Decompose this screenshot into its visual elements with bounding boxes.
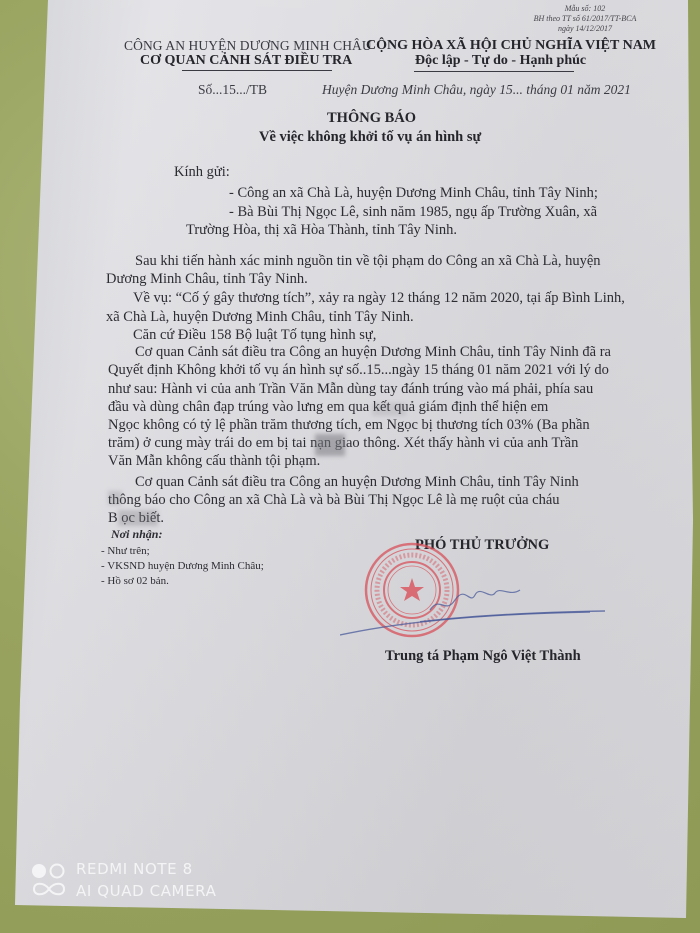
document-number: Số...15.../TB xyxy=(198,82,267,98)
body-line: Về vụ: “Cố ý gây thương tích”, xảy ra ng… xyxy=(133,290,625,307)
body-line: Văn Mẫn không cấu thành tội phạm. xyxy=(108,453,320,470)
recipient-line: Trường Hòa, thị xã Hòa Thành, tỉnh Tây N… xyxy=(186,222,457,239)
body-line: như sau: Hành vi của anh Trần Văn Mẫn dù… xyxy=(108,381,593,398)
redaction-blur xyxy=(108,491,122,505)
header-unit-underline xyxy=(182,70,332,71)
body-line: Cơ quan Cảnh sát điều tra Công an huyện … xyxy=(135,474,579,491)
camera-watermark-label: AI QUAD CAMERA xyxy=(76,882,216,900)
receivers-title: Nơi nhận: xyxy=(111,527,162,542)
receiver-item: - Như trên; xyxy=(101,545,150,557)
receiver-item: - VKSND huyện Dương Minh Châu; xyxy=(101,560,264,572)
document-subtitle: Về việc không khởi tố vụ án hình sự xyxy=(259,129,481,146)
document-title: THÔNG BÁO xyxy=(327,110,416,127)
place-date: Huyện Dương Minh Châu, ngày 15... tháng … xyxy=(322,82,631,98)
header-motto: Độc lập - Tự do - Hạnh phúc xyxy=(415,53,586,69)
recipient-line: - Bà Bùi Thị Ngọc Lê, sinh năm 1985, ngụ… xyxy=(229,204,597,221)
signer-name: Trung tá Phạm Ngô Việt Thành xyxy=(385,648,581,665)
header-nation: CỘNG HÒA XÃ HỘI CHỦ NGHĨA VIỆT NAM xyxy=(366,38,656,54)
body-line: Cơ quan Cảnh sát điều tra Công an huyện … xyxy=(135,344,611,361)
form-note: Mẫu số: 102 BH theo TT số 61/2017/TT-BCA… xyxy=(500,4,670,34)
form-note-number: Mẫu số: 102 xyxy=(500,4,670,14)
form-note-date: ngày 14/12/2017 xyxy=(500,24,670,34)
body-line: Quyết định Không khởi tố vụ án hình sự s… xyxy=(108,362,609,379)
redaction-blur xyxy=(118,510,158,526)
body-line: thông báo cho Công an xã Chà Là và bà Bù… xyxy=(108,492,560,509)
header-motto-underline xyxy=(414,71,574,72)
camera-watermark-logo-icon xyxy=(30,862,68,898)
body-line: Căn cứ Điều 158 Bộ luật Tố tụng hình sự, xyxy=(133,327,376,344)
recipient-line: - Công an xã Chà Là, huyện Dương Minh Ch… xyxy=(229,185,598,202)
body-line: đầu và dùng chân đạp trúng vào lưng em q… xyxy=(108,399,548,416)
signature-underline-icon xyxy=(340,600,600,640)
body-line: Ngọc không có tỷ lệ phần trăm thương tíc… xyxy=(108,417,590,434)
body-line: Dương Minh Châu, tỉnh Tây Ninh. xyxy=(106,271,308,288)
redaction-blur xyxy=(315,434,345,456)
body-line: Sau khi tiến hành xác minh nguồn tin về … xyxy=(135,253,601,270)
salutation: Kính gửi: xyxy=(174,164,230,181)
receiver-item: - Hồ sơ 02 bản. xyxy=(101,575,169,587)
header-unit: CƠ QUAN CẢNH SÁT ĐIỀU TRA xyxy=(140,53,352,69)
body-line: xã Chà Là, huyện Dương Minh Châu, tỉnh T… xyxy=(106,309,414,326)
redaction-blur xyxy=(372,403,406,416)
camera-watermark-model: REDMI NOTE 8 xyxy=(76,860,193,878)
form-note-reference: BH theo TT số 61/2017/TT-BCA xyxy=(500,14,670,24)
header-agency: CÔNG AN HUYỆN DƯƠNG MINH CHÂU xyxy=(124,38,372,54)
